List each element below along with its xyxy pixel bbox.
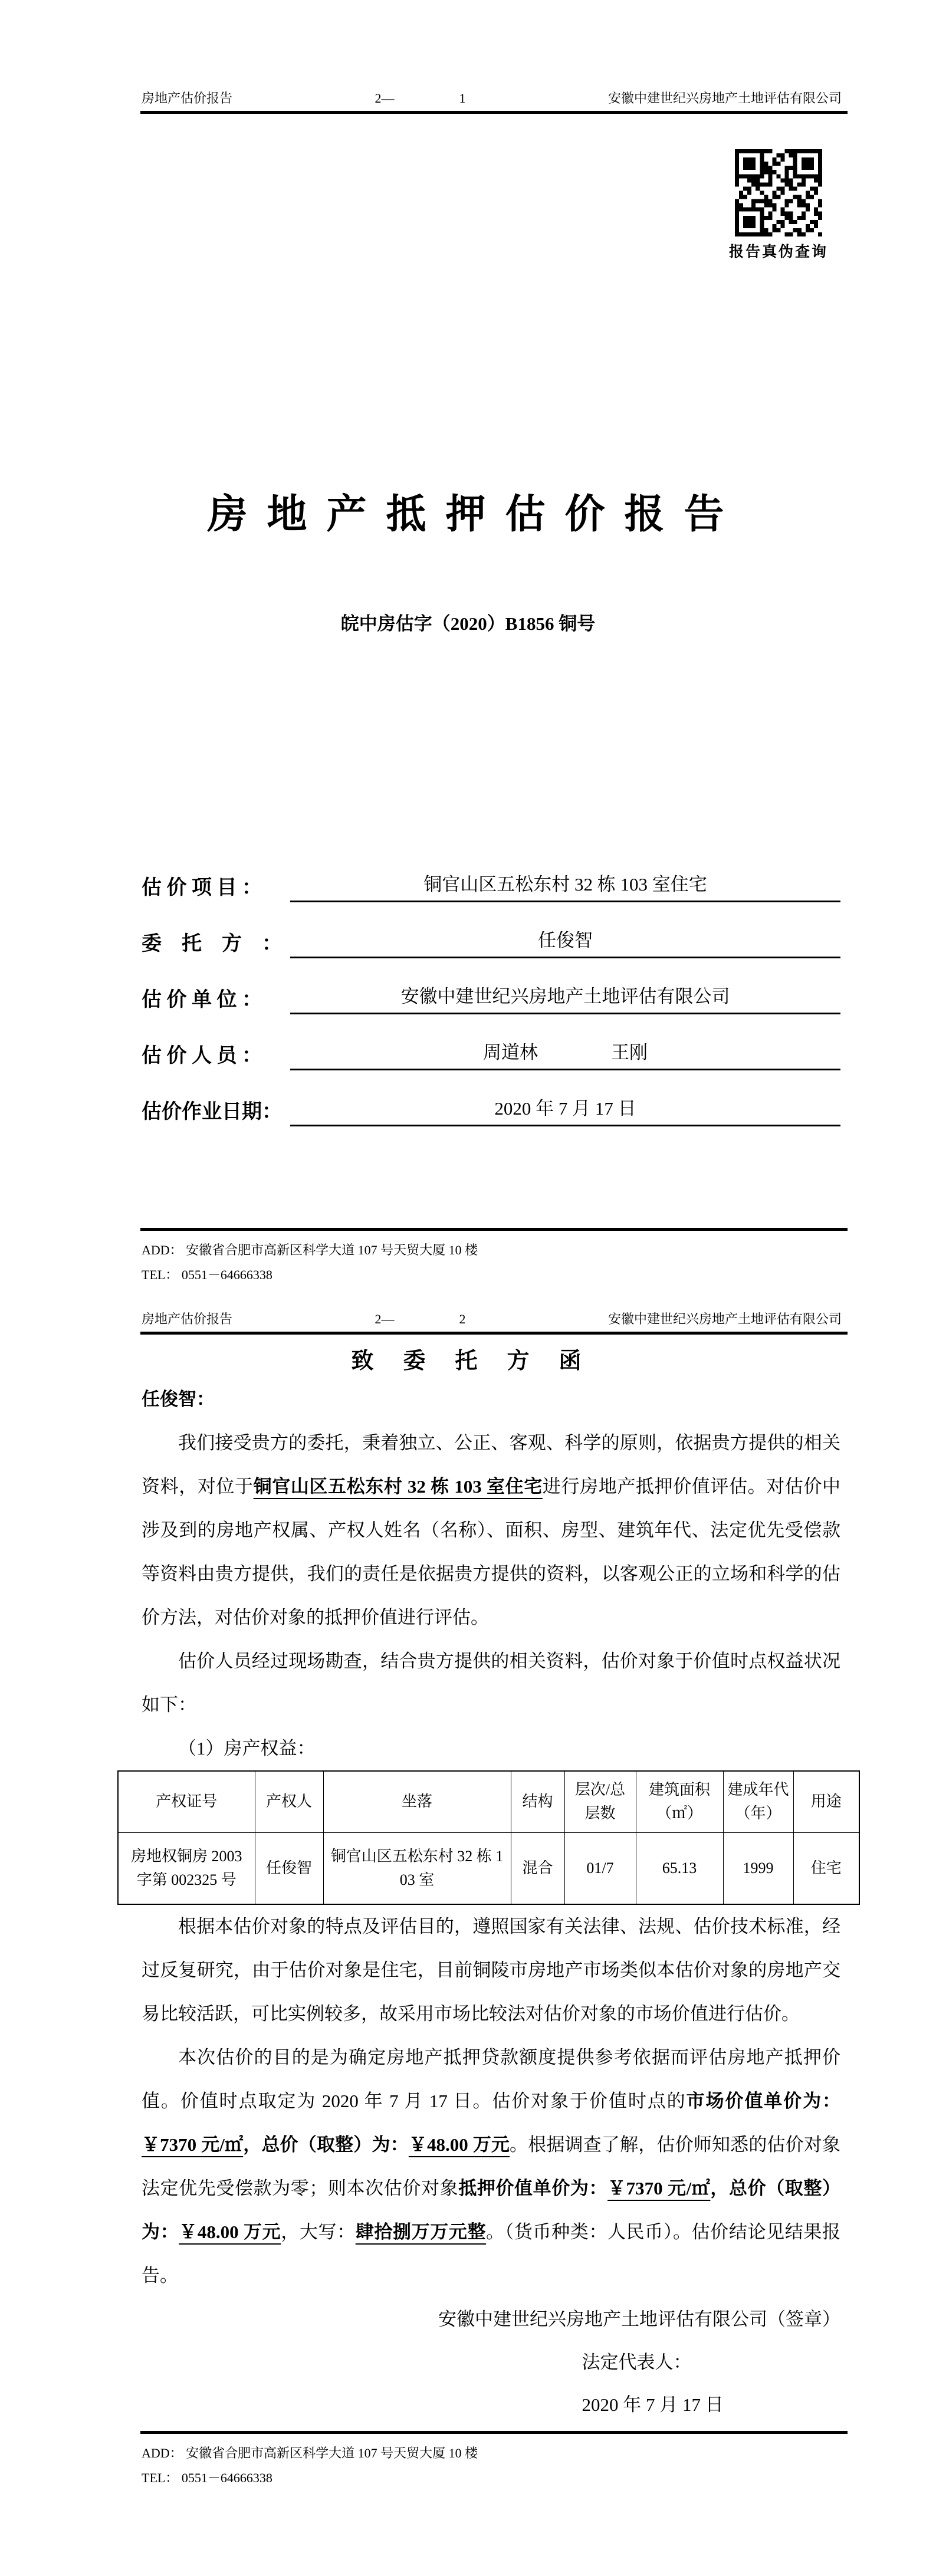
footer-telephone: TEL： 0551－64666338	[142, 1263, 848, 1287]
field-label: 估 价 人 员 ：	[142, 1039, 290, 1070]
page-footer: ADD： 安徽省合肥市高新区科学大道 107 号天贸大厦 10 楼 TEL： 0…	[142, 1228, 848, 1287]
text-run: ，	[243, 2134, 261, 2155]
total-price-label: 总价（取整）为：	[261, 2134, 408, 2155]
page-2-letter: 房地产估价报告 2—2 安徽中建世纪兴房地产土地评估有限公司 致 委 托 方 函…	[0, 1288, 936, 2576]
table-cell-floor: 01/7	[564, 1832, 636, 1904]
page-footer: ADD： 安徽省合肥市高新区科学大道 107 号天贸大厦 10 楼 TEL： 0…	[142, 2431, 848, 2490]
table-cell-location: 铜官山区五松东村 32 栋 103 室	[323, 1832, 511, 1904]
field-value: 安徽中建世纪兴房地产土地评估有限公司	[290, 981, 840, 1014]
footer-telephone: TEL： 0551－64666338	[142, 2466, 848, 2490]
running-header: 房地产估价报告 2—1 安徽中建世纪兴房地产土地评估有限公司	[142, 88, 842, 107]
running-header-doc-type: 房地产估价报告	[142, 88, 232, 107]
field-value: 铜官山区五松东村 32 栋 103 室住宅	[290, 869, 840, 902]
page-number: 2	[459, 1312, 466, 1327]
field-row-client: 委 托 方 ： 任俊智	[142, 916, 840, 958]
report-title: 房 地 产 抵 押 估 价 报 告	[0, 482, 936, 540]
running-header-page-number: 2—1	[232, 91, 608, 106]
footer-rule	[140, 1228, 848, 1231]
mortgage-total-value: ￥48.00 万元	[179, 2222, 281, 2242]
footer-address: ADD： 安徽省合肥市高新区科学大道 107 号天贸大厦 10 楼	[142, 1238, 848, 1263]
table-cell-area: 65.13	[636, 1832, 723, 1904]
field-label: 估价作业日期：	[142, 1095, 290, 1126]
field-row-agency: 估 价 单 位 ： 安徽中建世纪兴房地产土地评估有限公司	[142, 972, 840, 1014]
page-prefix: 2—	[375, 1312, 395, 1326]
market-unit-price-value: ￥7370 元/㎡	[142, 2134, 243, 2155]
running-header-doc-type: 房地产估价报告	[142, 1309, 232, 1328]
table-header-cell: 层次/总层数	[564, 1771, 636, 1832]
amount-in-words: 肆拾捌万万元整	[356, 2222, 486, 2242]
table-header-cell: 用途	[793, 1771, 859, 1832]
field-value: 2020 年 7 月 17 日	[290, 1093, 840, 1126]
text-run: ，大写：	[281, 2222, 356, 2242]
table-cell-use: 住宅	[793, 1832, 859, 1904]
table-header-cell: 结构	[511, 1771, 564, 1832]
footer-address: ADD： 安徽省合肥市高新区科学大道 107 号天贸大厦 10 楼	[142, 2441, 848, 2466]
salutation: 任俊智：	[142, 1378, 840, 1421]
paragraph-entrustment: 我们接受贵方的委托，秉着独立、公正、客观、科学的原则，依据贵方提供的相关资料，对…	[142, 1421, 840, 1639]
paragraph-method: 根据本估价对象的特点及评估目的，遵照国家有关法律、法规、估价技术标准，经过反复研…	[142, 1905, 840, 2036]
page-prefix: 2—	[375, 91, 395, 106]
letter-date: 2020 年 7 月 17 日	[582, 2384, 840, 2426]
qr-code	[735, 149, 822, 236]
paragraph-inspection: 估价人员经过现场勘查，结合贵方提供的相关资料，估价对象于价值时点权益状况如下：	[142, 1639, 840, 1727]
table-header-cell: 建成年代（年）	[723, 1771, 793, 1832]
table-cell-owner: 任俊智	[255, 1832, 323, 1904]
mortgage-unit-price-label: 抵押价值单价为：	[458, 2178, 607, 2199]
paragraph-valuation-result: 本次估价的目的是为确定房地产抵押贷款额度提供参考依据而评估房地产抵押价值。价值时…	[142, 2036, 840, 2298]
footer-rule	[140, 2431, 848, 2434]
appraisal-report-document: 房地产估价报告 2—1 安徽中建世纪兴房地产土地评估有限公司 报告真伪查询 房 …	[0, 0, 936, 2576]
running-header-company: 安徽中建世纪兴房地产土地评估有限公司	[608, 1309, 842, 1328]
property-rights-table: 产权证号 产权人 坐落 结构 层次/总层数 建筑面积（㎡） 建成年代（年） 用途…	[117, 1770, 860, 1905]
table-cell-certificate-no: 房地权铜房 2003 字第 002325 号	[118, 1832, 255, 1904]
letter-body: 任俊智： 我们接受贵方的委托，秉着独立、公正、客观、科学的原则，依据贵方提供的相…	[142, 1378, 840, 2426]
header-rule	[140, 1332, 848, 1335]
table-header-cell: 产权人	[255, 1771, 323, 1832]
page-number: 1	[459, 91, 466, 106]
field-label: 估 价 单 位 ：	[142, 983, 290, 1014]
table-row: 房地权铜房 2003 字第 002325 号 任俊智 铜官山区五松东村 32 栋…	[118, 1832, 859, 1904]
text-run: 进行房地产抵押价值评估。对估价中涉及到的房地产权属、产权人姓名（名称）、面积、房…	[142, 1476, 840, 1628]
qr-caption: 报告真伪查询	[722, 240, 835, 261]
letter-title: 致 委 托 方 函	[0, 1342, 936, 1375]
running-header: 房地产估价报告 2—2 安徽中建世纪兴房地产土地评估有限公司	[142, 1309, 842, 1328]
page-1-cover: 房地产估价报告 2—1 安徽中建世纪兴房地产土地评估有限公司 报告真伪查询 房 …	[0, 0, 936, 1288]
company-signature-line: 安徽中建世纪兴房地产土地评估有限公司（签章）	[142, 2298, 840, 2341]
item-property-rights: （1）房产权益：	[142, 1727, 840, 1770]
legal-representative-line: 法定代表人：	[582, 2341, 840, 2384]
field-label: 委 托 方 ：	[142, 927, 290, 958]
field-row-project: 估 价 项 目 ： 铜官山区五松东村 32 栋 103 室住宅	[142, 860, 840, 902]
field-label: 估 价 项 目 ：	[142, 871, 290, 902]
field-value: 周道林 王刚	[290, 1037, 840, 1070]
table-header-cell: 产权证号	[118, 1771, 255, 1832]
market-unit-price-label: 市场价值单价为：	[687, 2091, 840, 2111]
total-price-value: ￥48.00 万元	[409, 2134, 510, 2155]
running-header-company: 安徽中建世纪兴房地产土地评估有限公司	[608, 88, 842, 107]
table-header-cell: 建筑面积（㎡）	[636, 1771, 723, 1832]
table-header-row: 产权证号 产权人 坐落 结构 层次/总层数 建筑面积（㎡） 建成年代（年） 用途	[118, 1771, 859, 1832]
field-value: 任俊智	[290, 925, 840, 958]
field-row-appraisers: 估 价 人 员 ： 周道林 王刚	[142, 1028, 840, 1070]
table-cell-year-built: 1999	[723, 1832, 793, 1904]
running-header-page-number: 2—2	[232, 1312, 608, 1327]
header-rule	[140, 111, 848, 114]
table-cell-structure: 混合	[511, 1832, 564, 1904]
property-address-emphasis: 铜官山区五松东村 32 栋 103 室住宅	[254, 1476, 543, 1497]
qr-block: 报告真伪查询	[722, 149, 835, 261]
report-doc-number: 皖中房估字（2020）B1856 铜号	[0, 609, 936, 635]
mortgage-unit-price-value: ￥7370 元/㎡	[607, 2178, 710, 2199]
table-header-cell: 坐落	[323, 1771, 511, 1832]
cover-fields: 估 价 项 目 ： 铜官山区五松东村 32 栋 103 室住宅 委 托 方 ： …	[142, 860, 840, 1140]
field-row-date: 估价作业日期： 2020 年 7 月 17 日	[142, 1084, 840, 1126]
